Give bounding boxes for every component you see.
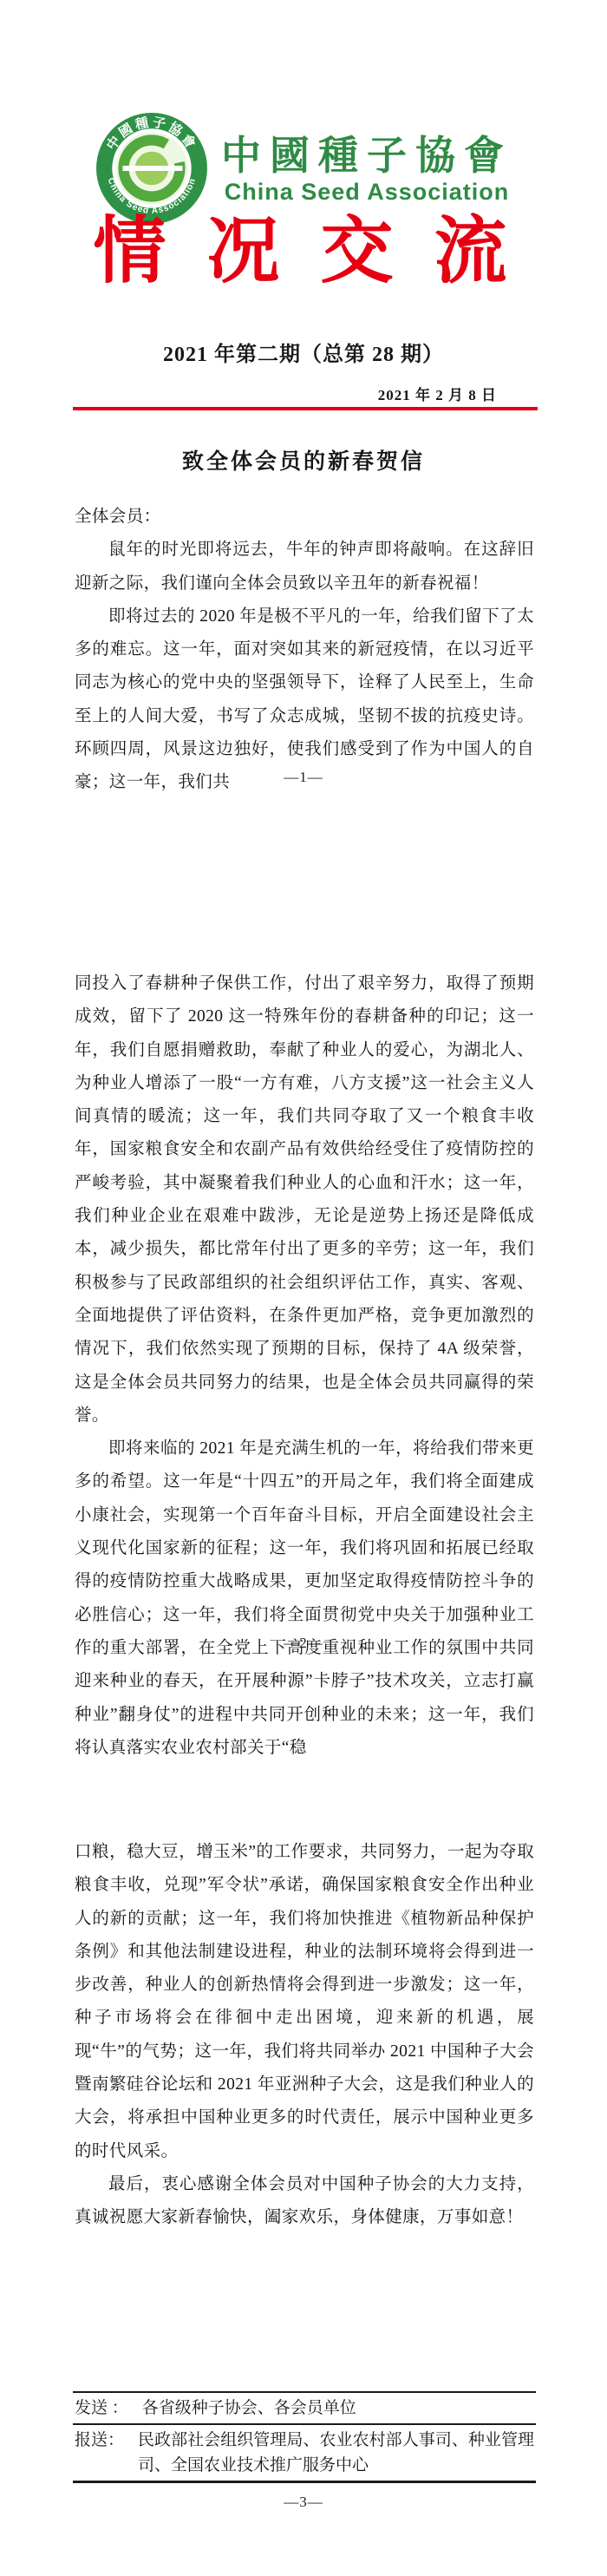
red-divider-rule <box>73 407 538 410</box>
page-number-3: —3— <box>0 2494 607 2511</box>
newsletter-masthead: 情 况 交 流 <box>0 213 607 292</box>
issue-line: 2021 年第二期（总第 28 期） <box>0 337 607 367</box>
send-row: 发送 ： 各省级种子协会、各会员单位 <box>73 2393 536 2425</box>
date-line: 2021 年 2 月 8 日 <box>378 383 497 404</box>
org-name-english: China Seed Association <box>225 180 510 206</box>
report-value: 民政部社会组织管理局、农业农村部人事司、种业管理司、全国农业技术推广服务中心 <box>138 2428 534 2478</box>
page-1-body: 全体会员： 鼠年的时光即将远去，牛年的钟声即将敲响。在这辞旧迎新之际，我们谨向全… <box>75 501 534 800</box>
paragraph: 鼠年的时光即将远去，牛年的钟声即将敲响。在这辞旧迎新之际，我们谨向全体会员致以辛… <box>75 534 534 600</box>
paragraph: 同投入了春耕种子保供工作，付出了艰辛努力，取得了预期成效，留下了 2020 这一… <box>75 967 534 1432</box>
paragraph: 口粮，稳大豆，增玉米”的工作要求，共同努力，一起为夺取粮食丰收，兑现”军令状”承… <box>75 1836 534 2168</box>
header-logo-row: 中國種子協會 China Seed Association 中國種子協會 Chi… <box>0 111 607 226</box>
report-row: 报送： 民政部社会组织管理局、农业农村部人事司、种业管理司、全国农业技术推广服务… <box>73 2425 536 2481</box>
article-title: 致全体会员的新春贺信 <box>0 444 607 475</box>
send-value: 各省级种子协会、各会员单位 <box>142 2396 534 2421</box>
org-name-chinese: 中國種子協會 <box>221 132 512 180</box>
distribution-footer: 发送 ： 各省级种子协会、各会员单位 报送： 民政部社会组织管理局、农业农村部人… <box>73 2391 536 2483</box>
association-logo-icon: 中國種子協會 China Seed Association <box>95 111 209 226</box>
paragraph: 即将来临的 2021 年是充满生机的一年，将给我们带来更多的希望。这一年是“十四… <box>75 1432 534 1765</box>
report-label: 报送： <box>75 2428 138 2478</box>
send-label: 发送 ： <box>75 2396 142 2421</box>
page-3-body: 口粮，稳大豆，增玉米”的工作要求，共同努力，一起为夺取粮食丰收，兑现”军令状”承… <box>75 1836 534 2235</box>
page-number-1: —1— <box>0 769 607 786</box>
newsletter-document: 中國種子協會 China Seed Association 中國種子協會 Chi… <box>0 0 607 2576</box>
paragraph: 最后，衷心感谢全体会员对中国种子协会的大力支持，真诚祝愿大家新春愉快，阖家欢乐，… <box>75 2168 534 2235</box>
org-names: 中國種子協會 China Seed Association <box>221 132 512 206</box>
salutation: 全体会员： <box>75 501 534 534</box>
page-number-2: —2— <box>0 1635 607 1652</box>
